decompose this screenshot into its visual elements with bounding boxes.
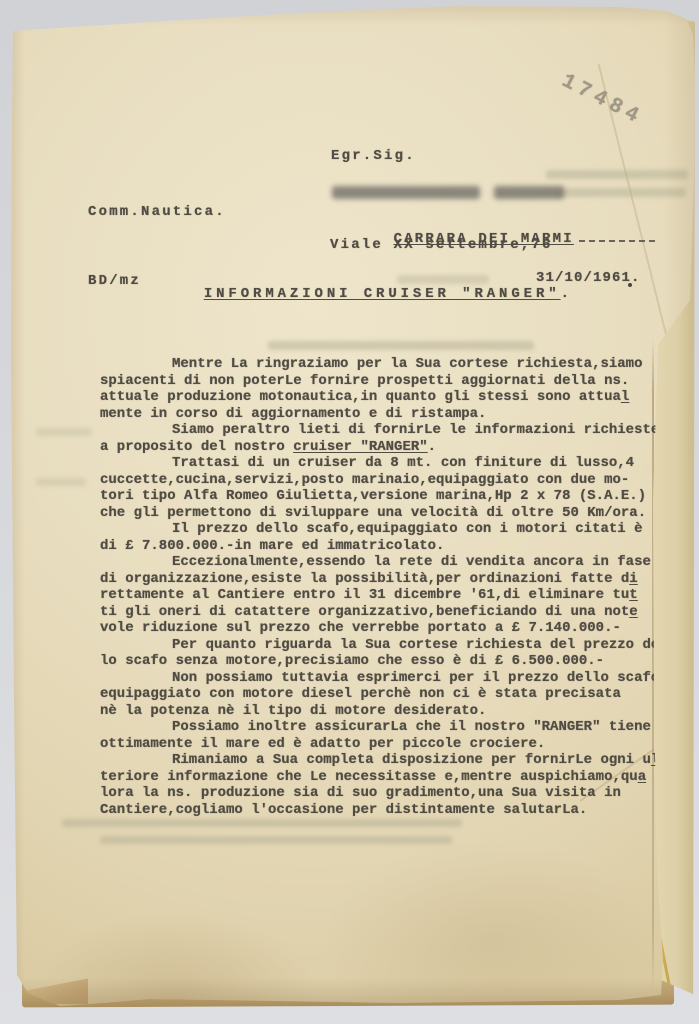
subject-line: INFORMAZIONI CRUISER "RANGER". [130,270,573,318]
body-line: Siamo peraltro lieti di fornirLe le info… [100,422,675,439]
body-line: tori tipo Alfa Romeo Giulietta,versione … [100,488,675,505]
body-line: Trattasi di un cruiser da 8 mt. con fini… [100,455,675,472]
scan-background: 17484 Comm.Nautica. BD/mz Egr.Sig. CARRA… [0,0,699,1024]
body-line: a proposito del nostro cruiser "RANGER". [100,439,675,456]
subject-suffix: . [561,286,573,302]
body-line: Il prezzo dello scafo,equipaggiato con i… [100,521,675,538]
body-line: di £ 7.800.000.-in mare ed immatricolato… [100,538,675,555]
body-line: lo scafo senza motore,precisiamo che ess… [100,653,675,670]
body-line: nè la potenza nè il tipo di motore desid… [100,703,675,720]
body-line: lora la ns. produzione sia di suo gradim… [100,785,675,802]
bleed-through-text [546,170,688,179]
bleed-through-text [62,819,462,827]
recipient-street: Viale XX settembre,76 [330,237,553,253]
bleed-through-text [558,188,686,197]
body-line: teriore informazione che Le necessitasse… [100,769,675,786]
letter-paper: 17484 Comm.Nautica. BD/mz Egr.Sig. CARRA… [0,0,699,1024]
underline-tail [579,227,655,242]
letter-body: Mentre La ringraziamo per la Sua cortese… [100,356,675,818]
sender-reference-line1: Comm.Nautica. [88,201,226,224]
redacted-recipient-name [332,184,564,199]
body-line: vole riduzione sul prezzo che verrebbe p… [100,620,675,637]
body-line: Possiamo inoltre assicurarLa che il nost… [100,719,675,736]
bleed-through-text [268,341,534,350]
body-line: equipaggiato con motore diesel perchè no… [100,686,675,703]
bleed-through-text [100,836,452,844]
subject-underlined-text: INFORMAZIONI CRUISER "RANGER" [204,286,561,302]
body-line: mente in corso di aggiornamento e di ris… [100,406,675,423]
body-line: Cantiere,cogliamo l'occasione per distin… [100,802,675,819]
body-line: spiacenti di non poterLe fornire prospet… [100,373,675,390]
body-line: rettamente al Cantiere entro il 31 dicem… [100,587,675,604]
body-line: ottimamente il mare ed è adatto per picc… [100,736,675,753]
body-line: Per quanto riguarda la Sua cortese richi… [100,637,675,654]
body-line: di organizzazione,esiste la possibilità,… [100,571,675,588]
body-line: Mentre La ringraziamo per la Sua cortese… [100,356,675,373]
body-line: cuccette,cucina,servizi,posto marinaio,e… [100,472,675,489]
body-line: Eccezionalmente,essendo la rete di vendi… [100,554,675,571]
letter-date: 31/10/1961. [536,270,641,286]
bleed-through-text [36,428,92,436]
body-line: Non possiamo tuttavia esprimerci per il … [100,670,675,687]
body-line: ti gli oneri di catattere organizzativo,… [100,604,675,621]
body-line: Rimaniamo a Sua completa disposizione pe… [100,752,675,769]
bleed-through-text [36,478,86,486]
body-line: attuale produzione motonautica,in quanto… [100,389,675,406]
body-line: che gli permettono di sviluppare una vel… [100,505,675,522]
redaction-blur [494,186,564,199]
recipient-salutation: Egr.Sig. [331,148,416,164]
redaction-blur [332,186,480,199]
